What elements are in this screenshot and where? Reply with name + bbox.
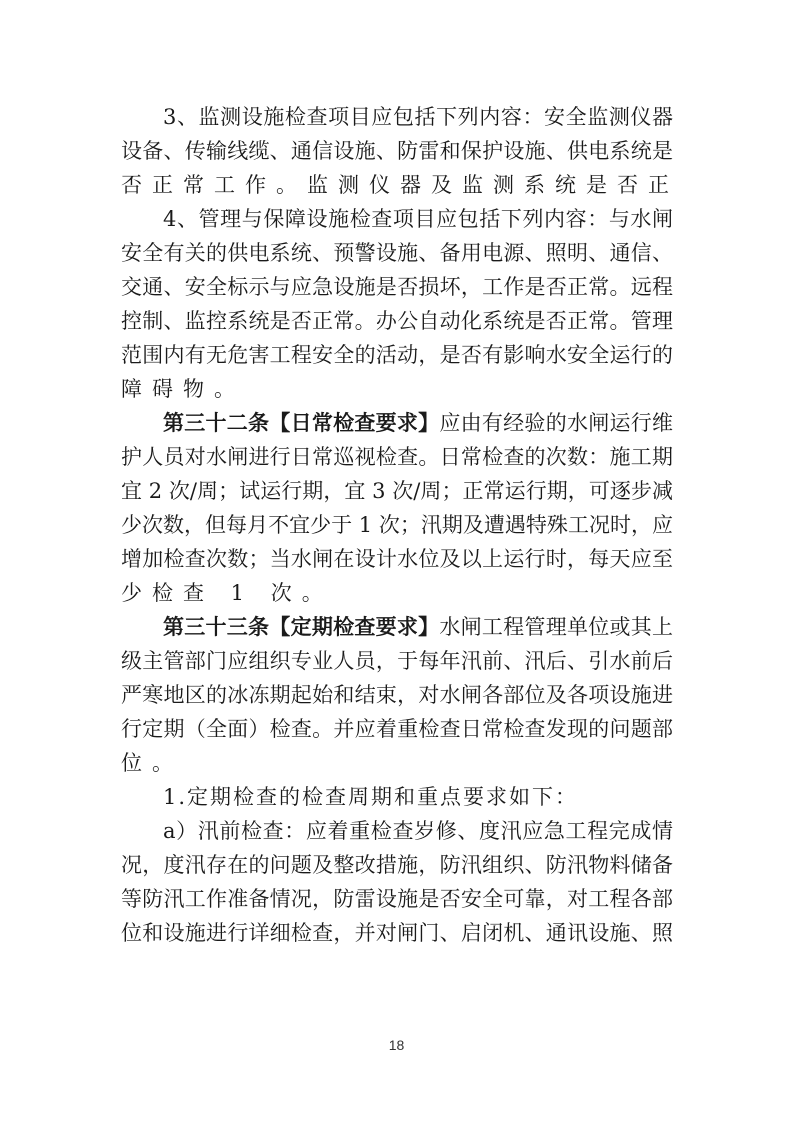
text-line: 设​备​、​传​输​线​缆​、​通​信​设​施​、​防​雷​和​保​护​设​施​… [121,134,673,168]
article-heading: 第​三​十​三​条​【​定​期​检​查​要​求​】 [163,615,439,639]
text-line: 况​，​度​汛​存​在​的​问​题​及​整​改​措​施​，​防​汛​组​织​、​… [121,848,673,882]
text-line: 严​寒​地​区​的​冰​冻​期​起​始​和​结​束​，​对​水​闸​各​部​位​… [121,678,673,712]
text-line: 位​和​设​施​进​行​详​细​检​查​，​并​对​闸​门​、​启​闭​机​、​… [121,916,673,950]
article-33-periodic-inspection: 第​三​十​三​条​【​定​期​检​查​要​求​】水​闸​工​程​管​理​单​位… [121,610,673,780]
text-line: 范​围​内​有​无​危​害​工​程​安​全​的​活​动​，​是​否​有​影​响​… [121,338,673,372]
paragraph-monitoring-facilities: 3​、​监​测​设​施​检​查​项​目​应​包​括​下​列​内​容​：​安​全​… [121,100,673,202]
text-line: 障碍物。 [121,372,673,406]
text-line: 控​制​、​监​控​系​统​是​否​正​常​。​办​公​自​动​化​系​统​是​… [121,304,673,338]
article-text: 应​由​有​经​验​的​水​闸​运​行​维 [439,411,673,435]
text-line: 护​人​员​对​水​闸​进​行​日​常​巡​视​检​查​。​日​常​检​查​的​… [121,440,673,474]
text-line: 3​、​监​测​设​施​检​查​项​目​应​包​括​下​列​内​容​：​安​全​… [121,100,673,134]
document-body: 3​、​监​测​设​施​检​查​项​目​应​包​括​下​列​内​容​：​安​全​… [121,100,673,950]
text-line: 交​通​、​安​全​标​示​与​应​急​设​施​是​否​损​坏​，​工​作​是​… [121,270,673,304]
text-line: 级​主​管​部​门​应​组​织​专​业​人​员​，​于​每​年​汛​前​、​汛​… [121,644,673,678]
article-heading: 第​三​十​二​条​【​日​常​检​查​要​求​】 [163,411,439,435]
text-line: 少​次​数​，​但​每​月​不​宜​少​于​ ​1​ ​次​；​汛​期​及​遭​… [121,508,673,542]
text-line: 等​防​汛​工​作​准​备​情​况​，​防​雷​设​施​是​否​安​全​可​靠​… [121,882,673,916]
text-line: 行​定​期​（​全​面​）​检​查​。​并​应​着​重​检​查​日​常​检​查​… [121,712,673,746]
paragraph-management-facilities: 4​、​管​理​与​保​障​设​施​检​查​项​目​应​包​括​下​列​内​容​… [121,202,673,406]
text-line: 4​、​管​理​与​保​障​设​施​检​查​项​目​应​包​括​下​列​内​容​… [121,202,673,236]
text-line: 位。 [121,746,673,780]
text-line: a​）​汛​前​检​查​：​应​着​重​检​查​岁​修​、​度​汛​应​急​工​… [121,814,673,848]
paragraph-preflood-inspection: a​）​汛​前​检​查​：​应​着​重​检​查​岁​修​、​度​汛​应​急​工​… [121,814,673,950]
document-page: 3​、​监​测​设​施​检​查​项​目​应​包​括​下​列​内​容​：​安​全​… [0,0,793,1122]
text-line: 第​三​十​三​条​【​定​期​检​查​要​求​】水​闸​工​程​管​理​单​位… [121,610,673,644]
text-line: 第​三​十​二​条​【​日​常​检​查​要​求​】应​由​有​经​验​的​水​闸… [121,406,673,440]
page-number: 18 [0,1037,793,1053]
text-line: 安​全​有​关​的​供​电​系​统​、​预​警​设​施​、​备​用​电​源​、​… [121,236,673,270]
paragraph-periodic-requirements: 1.定期检查的检查周期和重点要求如下： [121,780,673,814]
article-32-daily-inspection: 第​三​十​二​条​【​日​常​检​查​要​求​】应​由​有​经​验​的​水​闸… [121,406,673,610]
text-line: 否正常工作。监测仪器及监测系统是否正常。 [121,168,673,202]
text-line: 增​加​检​查​次​数​；​当​水​闸​在​设​计​水​位​及​以​上​运​行​… [121,542,673,576]
text-line: 少检查 1 次。 [121,576,673,610]
text-line: 宜​ ​2​ ​次​/​周​；​试​运​行​期​，​宜​ ​3​ ​次​/​周​… [121,474,673,508]
article-text: 水​闸​工​程​管​理​单​位​或​其​上 [439,615,673,639]
text-line: 1.定期检查的检查周期和重点要求如下： [121,780,673,814]
